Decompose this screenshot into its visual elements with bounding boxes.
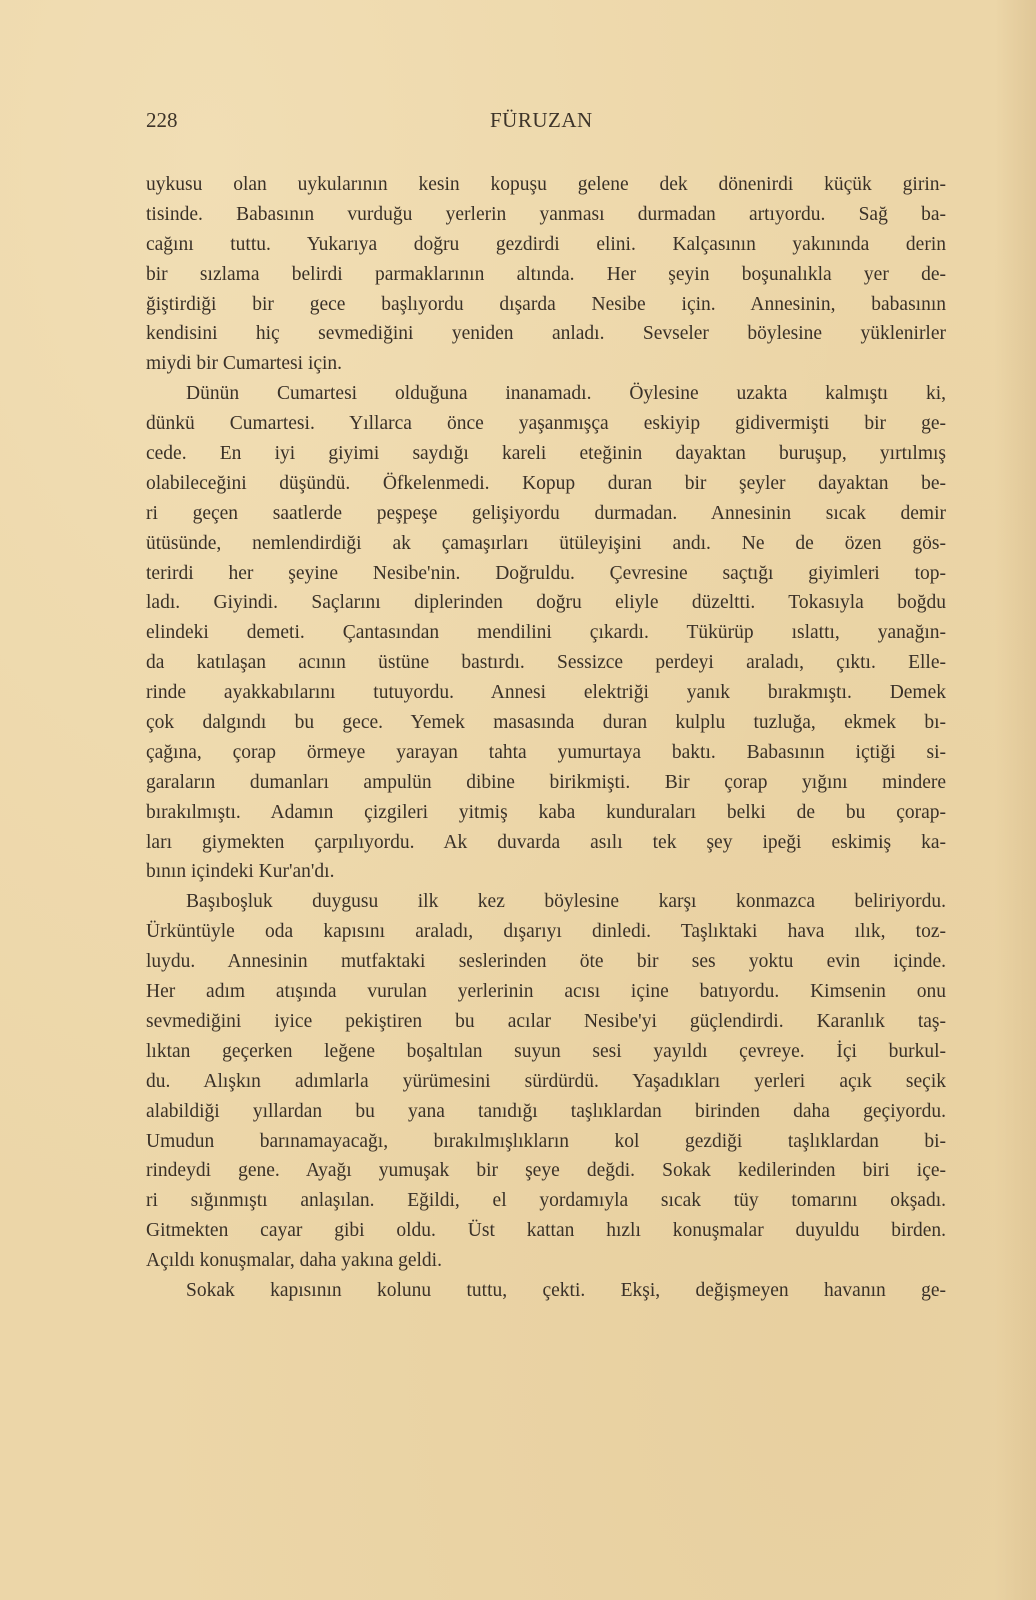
text-line: Her adım atışında vurulan yerlerinin acı… (146, 977, 946, 1007)
text-line: rindeydi gene. Ayağı yumuşak bir şeye de… (146, 1156, 946, 1186)
text-line: terirdi her şeyine Nesibe'nin. Doğruldu.… (146, 559, 946, 589)
text-line: ladı. Giyindi. Saçlarını diplerinden doğ… (146, 588, 946, 618)
text-line: cağını tuttu. Yukarıya doğru gezdirdi el… (146, 230, 946, 260)
text-line: kendisini hiç sevmediğini yeniden anladı… (146, 319, 946, 349)
text-line: ri geçen saatlerde peşpeşe gelişiyordu d… (146, 499, 946, 529)
text-line: Ürküntüyle oda kapısını araladı, dışarıy… (146, 917, 946, 947)
text-line: çok dalgındı bu gece. Yemek masasında du… (146, 708, 946, 738)
page-number: 228 (146, 108, 178, 133)
text-line: Açıldı konuşmalar, daha yakına geldi. (146, 1246, 946, 1276)
text-line: bir sızlama belirdi parmaklarının altınd… (146, 260, 946, 290)
text-line: du. Alışkın adımlarla yürümesini sürdürd… (146, 1067, 946, 1097)
text-line: da katılaşan acının üstüne bastırdı. Ses… (146, 648, 946, 678)
text-line: olabileceğini düşündü. Öfkelenmedi. Kopu… (146, 469, 946, 499)
text-line: rinde ayakkabılarını tutuyordu. Annesi e… (146, 678, 946, 708)
text-line: elindeki demeti. Çantasından mendilini ç… (146, 618, 946, 648)
text-line: lıktan geçerken leğene boşaltılan suyun … (146, 1037, 946, 1067)
text-line: sevmediğini iyice pekiştiren bu acılar N… (146, 1007, 946, 1037)
text-line: ğiştirdiği bir gece başlıyordu dışarda N… (146, 290, 946, 320)
text-line: çağına, çorap örmeye yarayan tahta yumur… (146, 738, 946, 768)
text-line: alabildiği yıllardan bu yana tanıdığı ta… (146, 1097, 946, 1127)
text-line: Umudun barınamayacağı, bırakılmışlıkları… (146, 1127, 946, 1157)
paragraph-start-line: Dünün Cumartesi olduğuna inanamadı. Öyle… (146, 379, 946, 409)
running-head: 228 FÜRUZAN (146, 108, 946, 138)
text-line: Gitmekten cayar gibi oldu. Üst kattan hı… (146, 1216, 946, 1246)
text-line: luydu. Annesinin mutfaktaki seslerinden … (146, 947, 946, 977)
paragraph-start-line: Sokak kapısının kolunu tuttu, çekti. Ekş… (146, 1276, 946, 1306)
text-line: garaların dumanları ampulün dibine birik… (146, 768, 946, 798)
text-line: bırakılmıştı. Adamın çizgileri yitmiş ka… (146, 798, 946, 828)
text-line: ları giymekten çarpılıyordu. Ak duvarda … (146, 828, 946, 858)
text-line: miydi bir Cumartesi için. (146, 349, 946, 379)
text-line: uykusu olan uykularının kesin kopuşu gel… (146, 170, 946, 200)
text-line: cede. En iyi giyimi saydığı kareli eteği… (146, 439, 946, 469)
running-title: FÜRUZAN (490, 108, 593, 133)
text-line: ütüsünde, nemlendirdiği ak çamaşırları ü… (146, 529, 946, 559)
paragraph-start-line: Başıboşluk duygusu ilk kez böylesine kar… (146, 887, 946, 917)
text-line: bının içindeki Kur'an'dı. (146, 857, 946, 887)
book-page: 228 FÜRUZAN uykusu olan uykularının kesi… (0, 0, 1036, 1600)
text-line: dünkü Cumartesi. Yıllarca önce yaşanmışç… (146, 409, 946, 439)
text-line: ri sığınmıştı anlaşılan. Eğildi, el yord… (146, 1186, 946, 1216)
text-line: tisinde. Babasının vurduğu yerlerin yanm… (146, 200, 946, 230)
body-text: uykusu olan uykularının kesin kopuşu gel… (146, 170, 946, 1306)
